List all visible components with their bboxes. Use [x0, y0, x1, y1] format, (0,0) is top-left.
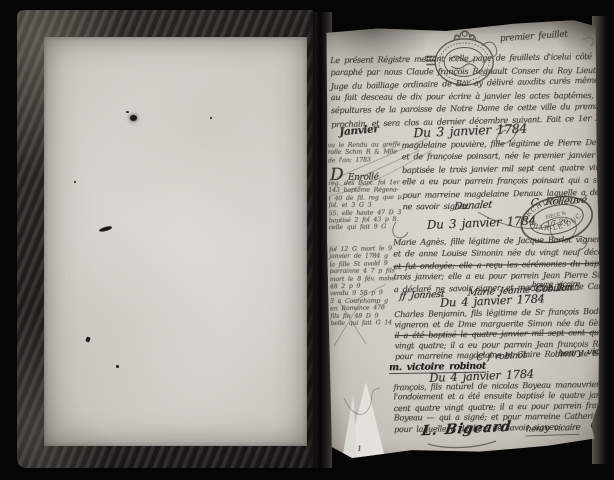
corner-slip-mark: 1 — [357, 445, 361, 453]
ink-spot — [210, 117, 212, 119]
handwritten-line: au fait desceau de dix pour écrire à jan… — [331, 89, 595, 104]
handwritten-line: celle qui fait 9 G — [329, 224, 393, 232]
svg-text:17.26: 17.26 — [545, 216, 569, 230]
premier-feuillet-note: premier feuillet — [500, 30, 568, 45]
handwritten-line: belle qui fait G 14 — [330, 319, 394, 327]
book-scan: premier feuillet Le présent Régistre met… — [0, 0, 614, 480]
handwritten-line: et de anne Louise Simonin née du vingt n… — [393, 246, 599, 260]
svg-text:BAR-LE-DUC: BAR-LE-DUC — [530, 210, 585, 237]
corner-paper-slip — [345, 381, 386, 460]
handwritten-line: de l'an: 1783 — [328, 155, 404, 164]
handwritten-line: elle a eu pour parrein françois poinsart… — [402, 174, 598, 188]
ink-spot — [116, 365, 119, 368]
month-label: Janvier — [339, 123, 379, 138]
handwritten-line: vigneron et de Dme marguerite Simon née … — [394, 317, 600, 329]
corner-paper-slip — [337, 394, 358, 460]
handwritten-line: fol. et 3 G 3 — [328, 202, 392, 210]
priest-signature: L. Bigeard — [420, 419, 512, 440]
handwritten-line: et de françoise poinsart, née le premier… — [402, 149, 598, 163]
handwritten-line: parrainne 4 7 p fils — [329, 268, 393, 276]
ink-spot — [99, 225, 113, 232]
margin-notes: fol 12 G mort le 9janvier de 1784 gla fi… — [329, 245, 394, 327]
vicar-signature: henry vicaire — [525, 423, 581, 437]
ink-spot — [74, 181, 76, 183]
ink-spot — [85, 336, 90, 342]
left-cover-leather — [17, 10, 313, 468]
handwritten-line: fils fin 48 D 9 — [330, 312, 394, 320]
entry-heading-2: Du 3 janvier 1784 — [426, 213, 536, 232]
right-page: premier feuillet Le présent Régistre met… — [324, 20, 603, 460]
flyleaf-paper — [44, 37, 307, 446]
opening-paragraph: Le présent Régistre mettant icelle page … — [330, 50, 595, 130]
margin-notes: vu le Rendu au grefferolle Schm R & Mlle… — [327, 141, 403, 164]
ink-spot — [130, 115, 137, 121]
vicar-signature: bourg vicaire — [531, 279, 580, 291]
margin-notes: reg. des Bapt. fol 1er143 baptême Régena… — [328, 179, 393, 232]
